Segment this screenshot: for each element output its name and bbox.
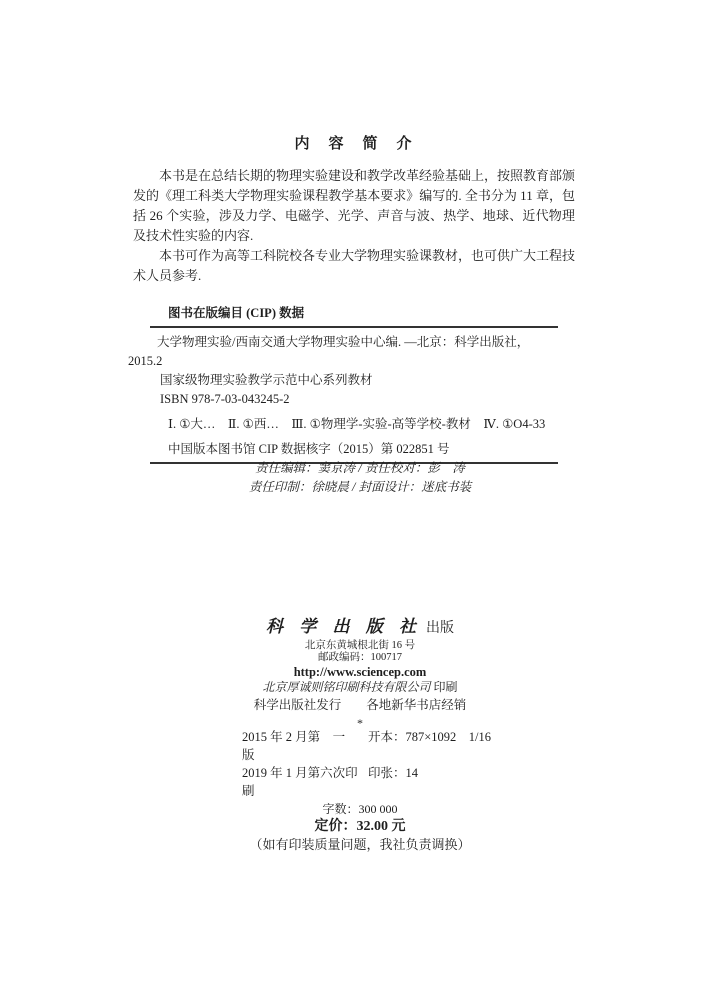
staff-line-2: 责任印制：徐晓晨 / 封面设计：迷底书装 [0, 478, 720, 497]
proofreader-label: 责任校对： [365, 461, 428, 475]
publisher-website: http://www.sciencep.com [0, 665, 720, 680]
staff-separator-1: / [355, 461, 365, 475]
printed-sheets: 印张：14 [368, 764, 418, 800]
cover-design-name: 迷底书装 [421, 480, 471, 494]
first-edition-row: 2015 年 2 月第 一 版 开本：787×1092 1/16 [242, 728, 572, 764]
cip-entry-year: 2015.2 [128, 352, 558, 371]
publisher-address: 北京东黄城根北街 16 号 [0, 640, 720, 652]
publisher-name-line: 科 学 出 版 社 出版 [0, 615, 720, 640]
distribution-line: 科学出版社发行 各地新华书店经销 [0, 697, 720, 713]
first-edition-date: 2015 年 2 月第 一 版 [242, 728, 368, 764]
intro-paragraph-1: 本书是在总结长期的物理实验建设和教学改革经验基础上，按照教育部颁发的《理工科类大… [133, 166, 575, 246]
editor-label: 责任编辑： [255, 461, 318, 475]
edition-info-section: 2015 年 2 月第 一 版 开本：787×1092 1/16 2019 年 … [0, 728, 720, 854]
print-run-date: 2019 年 1 月第六次印刷 [242, 764, 368, 800]
publisher-postcode: 邮政编码：100717 [0, 652, 720, 664]
cip-classification: Ⅰ. ①大… Ⅱ. ①西… Ⅲ. ①物理学-实验-高等学校-教材 Ⅳ. ①O4-… [150, 415, 558, 434]
cip-data-section: 图书在版编目 (CIP) 数据 大学物理实验/西南交通大学物理实验中心编. —北… [150, 303, 558, 464]
edition-rows: 2015 年 2 月第 一 版 开本：787×1092 1/16 2019 年 … [242, 728, 572, 800]
print-supervisor-label: 责任印制： [249, 480, 312, 494]
intro-paragraph-2: 本书可作为高等工科院校各专业大学物理实验课教材，也可供广大工程技术人员参考. [133, 246, 575, 286]
proofreader-name: 彭 涛 [427, 461, 465, 475]
editor-name: 窦京涛 [318, 461, 356, 475]
staff-line-1: 责任编辑：窦京涛 / 责任校对：彭 涛 [0, 459, 720, 478]
word-count: 字数：300 000 [0, 800, 720, 818]
print-run-row: 2019 年 1 月第六次印刷 印张：14 [242, 764, 572, 800]
staff-separator-2: / [349, 480, 359, 494]
printer-line: 北京厚诚则铭印刷科技有限公司 印刷 [0, 679, 720, 695]
copyright-page: 内 容 简 介 本书是在总结长期的物理实验建设和教学改革经验基础上，按照教育部颁… [0, 0, 720, 1000]
cip-entry-title: 大学物理实验/西南交通大学物理实验中心编. —北京：科学出版社， [150, 333, 558, 352]
staff-credits: 责任编辑：窦京涛 / 责任校对：彭 涛 责任印制：徐晓晨 / 封面设计：迷底书装 [0, 459, 720, 496]
cip-registry: 中国版本图书馆 CIP 数据核字（2015）第 022851 号 [150, 440, 558, 459]
printing-distribution-section: 北京厚诚则铭印刷科技有限公司 印刷 科学出版社发行 各地新华书店经销 * [0, 679, 720, 729]
book-format: 开本：787×1092 1/16 [368, 728, 491, 764]
publish-verb: 出版 [426, 621, 454, 636]
print-supervisor-name: 徐晓晨 [311, 480, 349, 494]
cip-body: 大学物理实验/西南交通大学物理实验中心编. —北京：科学出版社， 2015.2 … [150, 328, 558, 459]
publisher-imprint: 科 学 出 版 社 出版 北京东黄城根北街 16 号 邮政编码：100717 h… [0, 615, 720, 680]
intro-title: 内 容 简 介 [133, 132, 575, 153]
cover-design-label: 封面设计： [359, 480, 422, 494]
cip-header: 图书在版编目 (CIP) 数据 [150, 303, 558, 321]
content-intro-section: 内 容 简 介 本书是在总结长期的物理实验建设和教学改革经验基础上，按照教育部颁… [133, 132, 575, 286]
cip-series: 国家级物理实验教学示范中心系列教材 [150, 371, 558, 390]
printer-name: 北京厚诚则铭印刷科技有限公司 [262, 680, 430, 694]
publisher-name-calligraphy: 科 学 出 版 社 [266, 617, 422, 636]
print-verb: 印刷 [431, 680, 458, 694]
cip-isbn: ISBN 978-7-03-043245-2 [150, 390, 558, 409]
quality-note: （如有印装质量问题，我社负责调换） [0, 836, 720, 854]
price: 定价：32.00 元 [0, 818, 720, 836]
